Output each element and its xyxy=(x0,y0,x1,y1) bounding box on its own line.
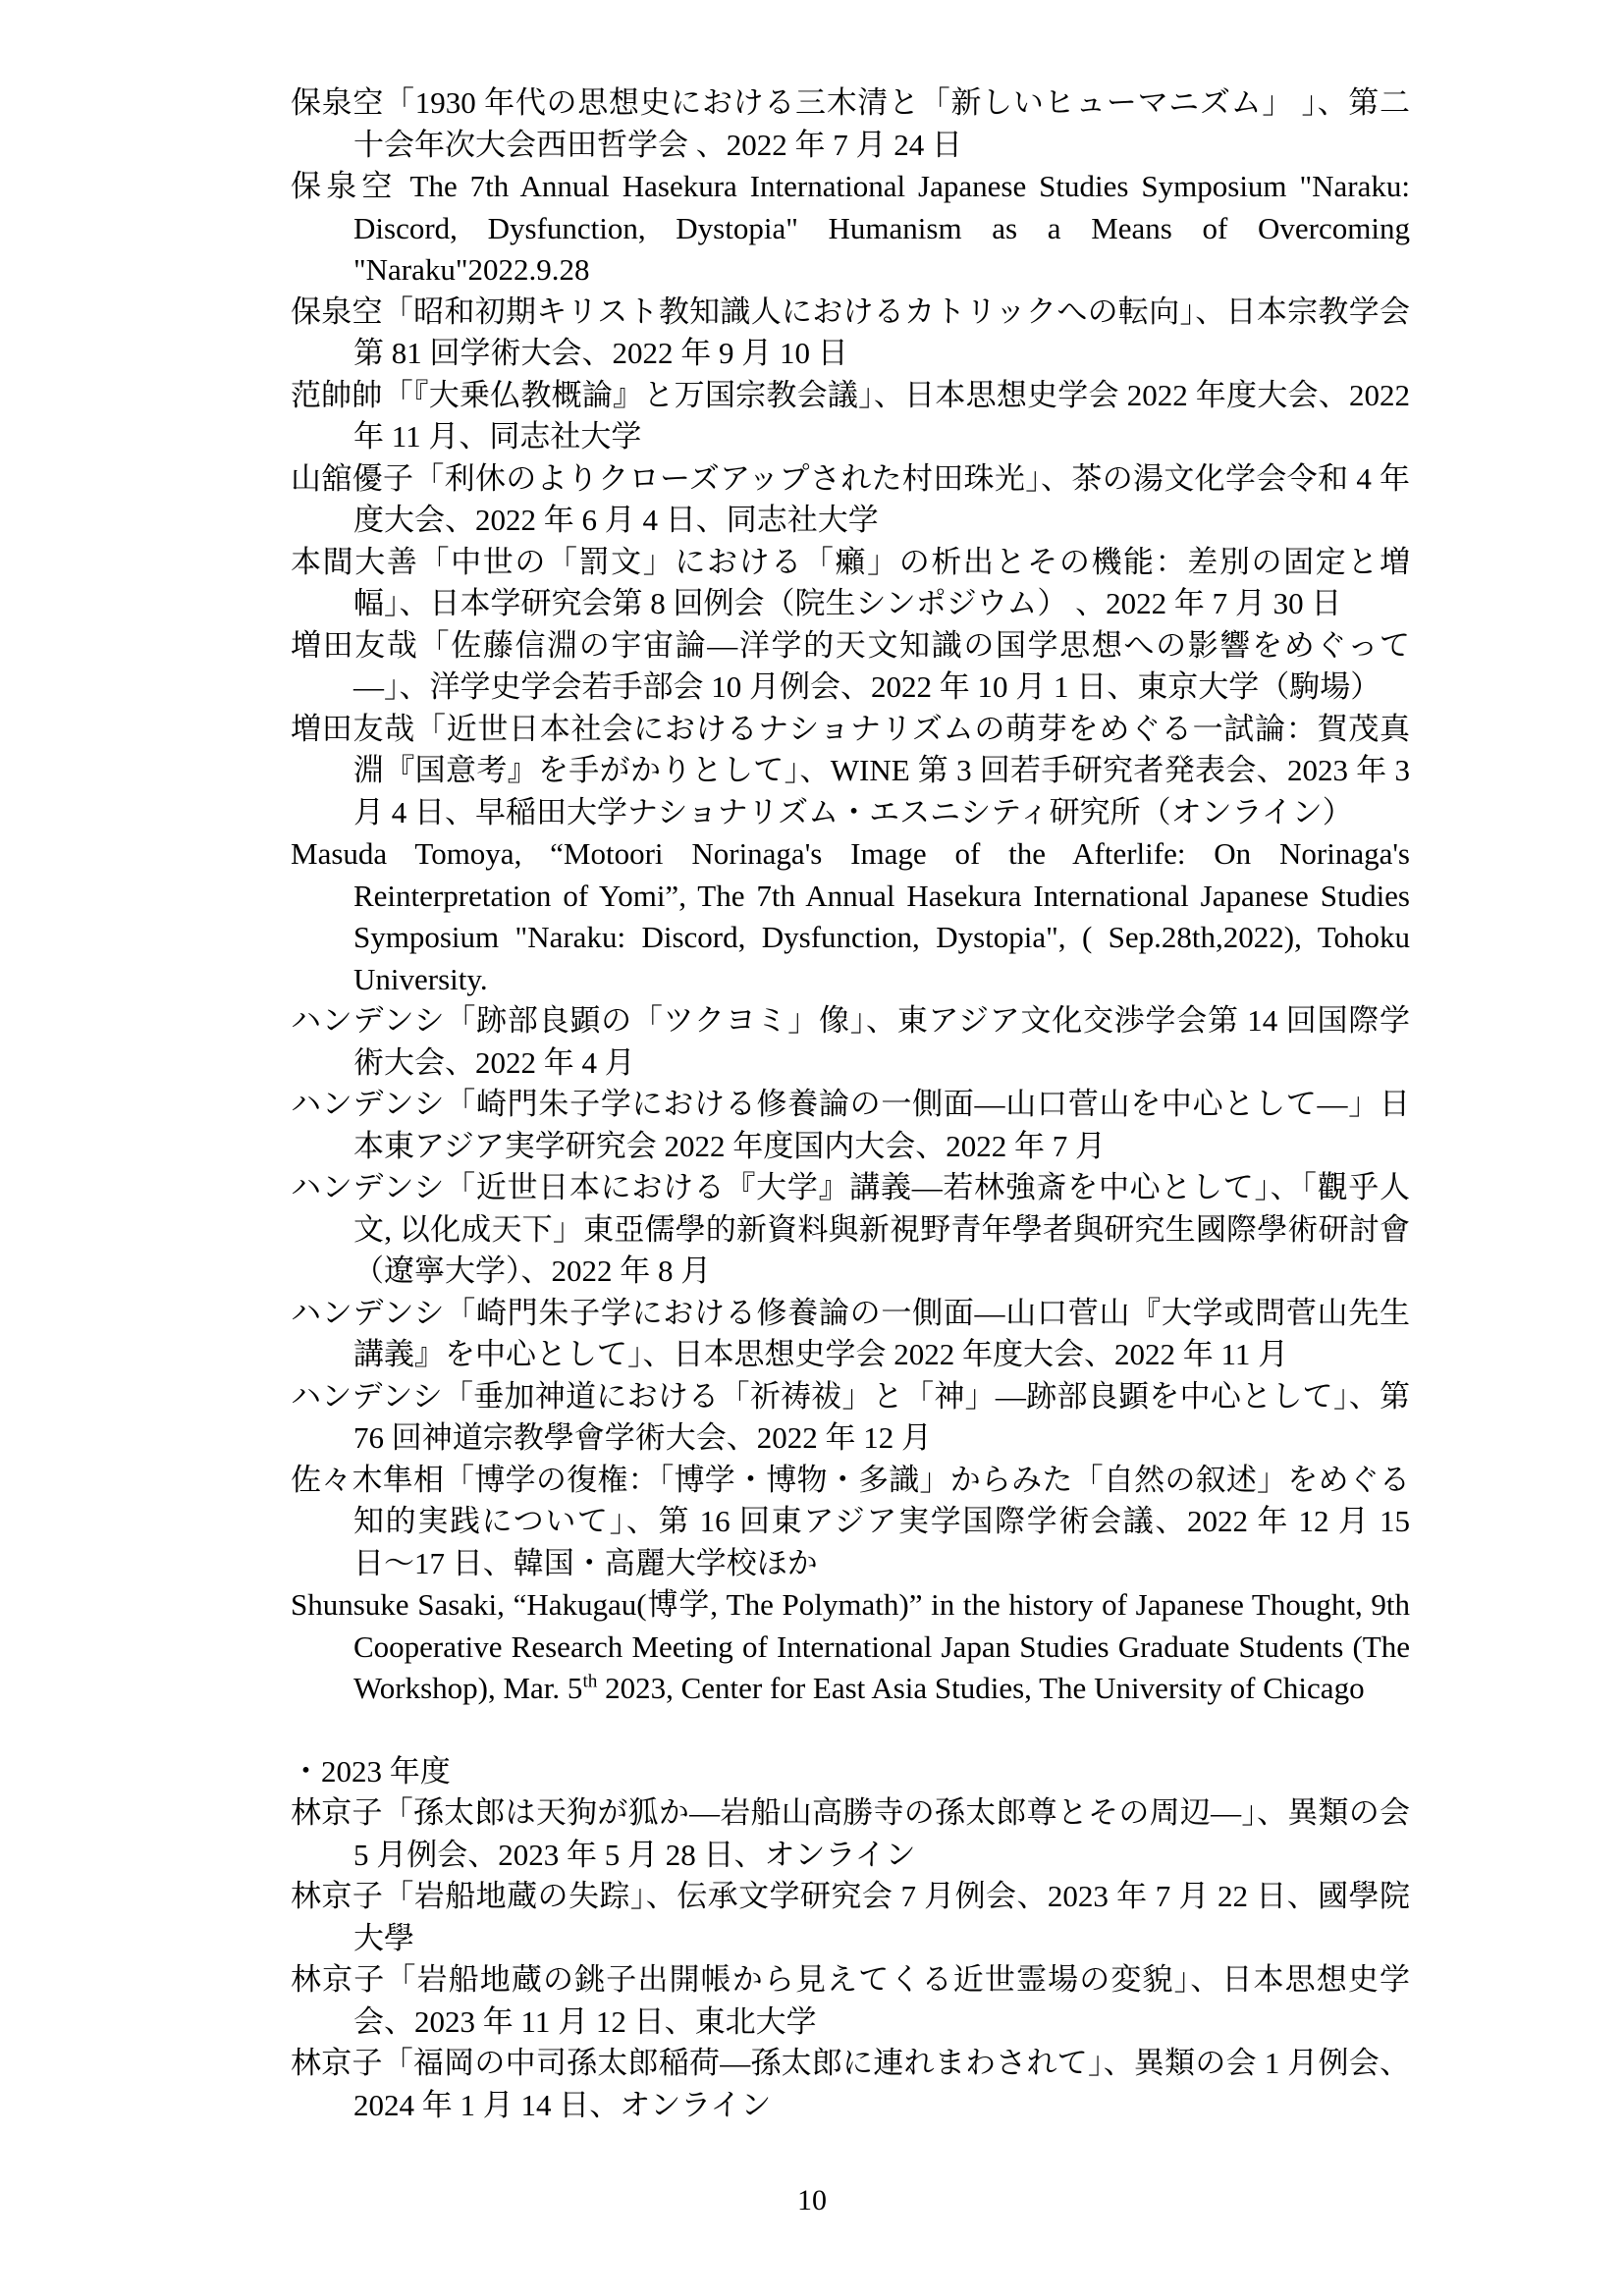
presentation-entry: 佐々木隼相「博学の復権：「博学・博物・多識」からみた「自然の叙述」をめぐる知的実… xyxy=(291,1460,1410,1585)
presentation-entry: 山舘優子「利休のよりクローズアップされた村田珠光」、茶の湯文化学会令和 4 年度… xyxy=(291,458,1410,542)
presentation-entry: 林京子「岩船地蔵の失踪」、伝承文学研究会 7 月例会、2023 年 7 月 22… xyxy=(291,1876,1410,1959)
presentation-entry: 本間大善「中世の「罰文」における「癩」の析出とその機能：差別の固定と増幅」、日本… xyxy=(291,542,1410,625)
presentation-entry: Shunsuke Sasaki, “Hakugau(博学, The Polyma… xyxy=(291,1584,1410,1710)
presentation-entry: ハンデンシ「垂加神道における「祈祷祓」と「神」―跡部良顕を中心として」、第 76… xyxy=(291,1376,1410,1460)
presentation-entry: 保泉空「昭和初期キリスト教知識人におけるカトリックへの転向」、日本宗教学会第 8… xyxy=(291,292,1410,375)
presentation-entry: ハンデンシ「崎門朱子学における修養論の一側面―山口菅山を中心として―」日本東アジ… xyxy=(291,1084,1410,1167)
presentation-entry: 林京子「岩船地蔵の銚子出開帳から見えてくる近世霊場の変貌」、日本思想史学会、20… xyxy=(291,1959,1410,2043)
presentation-entry: 林京子「孫太郎は天狗が狐か―岩船山高勝寺の孫太郎尊とその周辺―」、異類の会 5 … xyxy=(291,1792,1410,1876)
presentation-entry: ハンデンシ「崎門朱子学における修養論の一側面―山口菅山『大学或問菅山先生講義』を… xyxy=(291,1293,1410,1376)
presentation-entry: 増田友哉「佐藤信淵の宇宙論―洋学的天文知識の国学思想への影響をめぐって―」、洋学… xyxy=(291,625,1410,709)
ordinal-superscript: th xyxy=(582,1672,597,1692)
presentation-entry: Masuda Tomoya, “Motoori Norinaga's Image… xyxy=(291,833,1410,1000)
presentation-entry: 林京子「福岡の中司孫太郎稲荷―孫太郎に連れまわされて」、異類の会 1 月例会、2… xyxy=(291,2043,1410,2126)
presentation-entry: 保泉空 The 7th Annual Hasekura Internationa… xyxy=(291,166,1410,292)
presentation-entry: 増田友哉「近世日本社会におけるナショナリズムの萌芽をめぐる一試論：賀茂真淵『国意… xyxy=(291,709,1410,834)
presentation-entry: ハンデンシ「跡部良顕の「ツクヨミ」像」、東アジア文化交渉学会第 14 回国際学術… xyxy=(291,1000,1410,1084)
document-page: 保泉空「1930 年代の思想史における三木清と「新しいヒューマニズム」 」、第二… xyxy=(0,0,1624,2296)
presentation-entry: ハンデンシ「近世日本における『大学』講義―若林強斎を中心として」、「觀乎人文, … xyxy=(291,1167,1410,1293)
presentation-list: 保泉空「1930 年代の思想史における三木清と「新しいヒューマニズム」 」、第二… xyxy=(291,82,1410,2126)
entry-text-after-superscript: 2023, Center for East Asia Studies, The … xyxy=(597,1671,1364,1705)
presentation-entry: 保泉空「1930 年代の思想史における三木清と「新しいヒューマニズム」 」、第二… xyxy=(291,82,1410,166)
section-heading-2023: ・2023 年度 xyxy=(291,1751,1410,1793)
presentation-entry: 范帥帥「『大乗仏教概論』と万国宗教会議」、日本思想史学会 2022 年度大会、2… xyxy=(291,375,1410,458)
page-number: 10 xyxy=(0,2181,1624,2220)
